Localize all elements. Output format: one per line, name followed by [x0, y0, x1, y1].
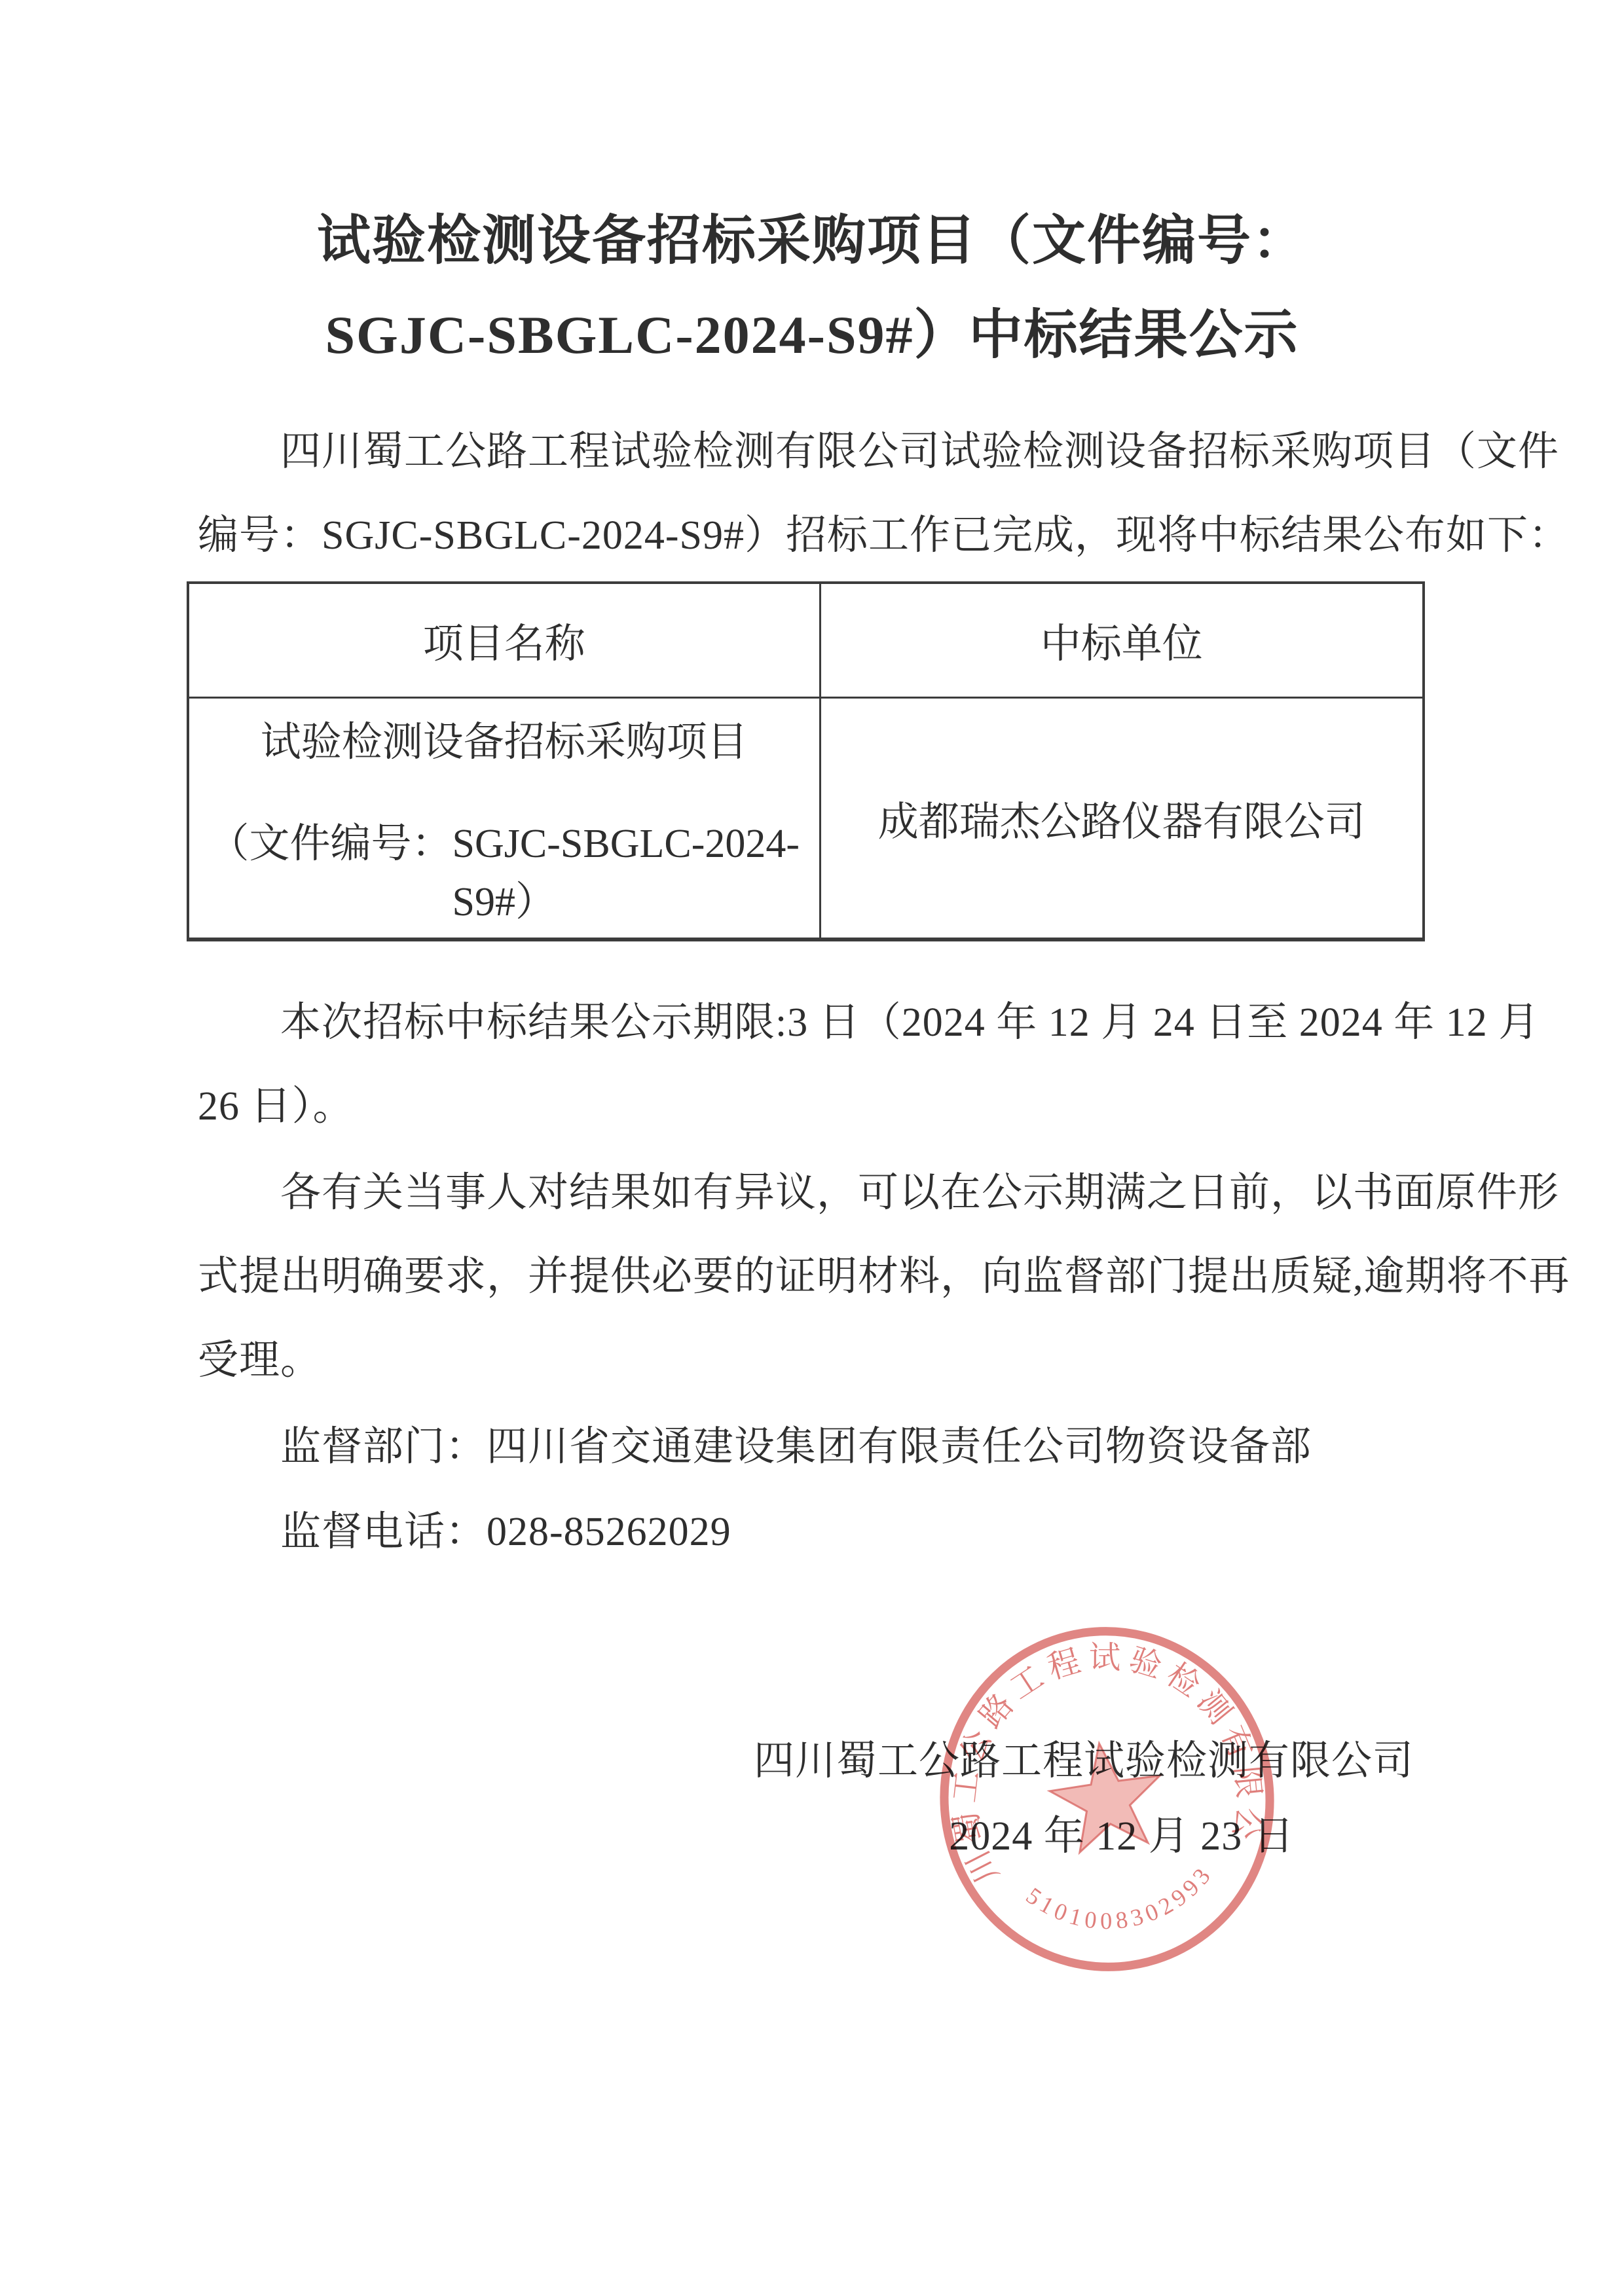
objection-line-3: 受理。 [198, 1340, 322, 1381]
table-header-winning-bidder: 中标单位 [820, 583, 1424, 697]
publicity-period-line-2: 26 日）。 [198, 1086, 354, 1127]
intro-line-2: 编号：SGJC-SBGLC-2024-S9#）招标工作已完成，现将中标结果公布如… [198, 515, 1570, 556]
supervision-department-line: 监督部门：四川省交通建设集团有限责任公司物资设备部 [280, 1427, 1312, 1467]
project-name-line-2: （文件编号：SGJC-SBGLC-2024-S9#） [189, 811, 819, 927]
table-header-project-name: 项目名称 [188, 583, 820, 697]
document-page: 试验检测设备招标采购项目（文件编号： SGJC-SBGLC-2024-S9#）中… [0, 0, 1624, 2296]
intro-line-1: 四川蜀工公路工程试验检测有限公司试验检测设备招标采购项目（文件 [280, 431, 1559, 472]
result-table: 项目名称 中标单位 试验检测设备招标采购项目 （文件编号：SGJC-SBGLC-… [187, 581, 1425, 941]
svg-text:四川蜀工公路工程试验检测有限公司: 四川蜀工公路工程试验检测有限公司 [912, 1600, 1274, 1895]
document-title-line-1: 试验检测设备招标采购项目（文件编号： [317, 214, 1307, 268]
seal-star-icon [1044, 1736, 1169, 1855]
objection-line-2: 式提出明确要求，并提供必要的证明材料，向监督部门提出质疑,逾期将不再 [198, 1256, 1570, 1297]
objection-line-1: 各有关当事人对结果如有异议，可以在公示期满之日前，以书面原件形 [280, 1173, 1559, 1213]
document-title-line-2: SGJC-SBGLC-2024-S9#）中标结果公示 [325, 308, 1299, 362]
table-cell-project-name: 试验检测设备招标采购项目 （文件编号：SGJC-SBGLC-2024-S9#） [188, 697, 820, 939]
project-name-line-1: 试验检测设备招标采购项目 [189, 709, 819, 767]
publicity-period-line-1: 本次招标中标结果公示期限:3 日（2024 年 12 月 24 日至 2024 … [280, 1002, 1540, 1043]
supervision-phone-line: 监督电话：028-85262029 [280, 1512, 731, 1552]
official-seal: 四川蜀工公路工程试验检测有限公司 5101008302993 [912, 1600, 1302, 1998]
svg-text:5101008302993: 5101008302993 [1019, 1857, 1225, 1946]
table-cell-winning-bidder: 成都瑞杰公路仪器有限公司 [820, 697, 1424, 939]
seal-arc-company-text: 四川蜀工公路工程试验检测有限公司 [912, 1600, 1274, 1895]
seal-serial-number: 5101008302993 [1019, 1857, 1225, 1946]
